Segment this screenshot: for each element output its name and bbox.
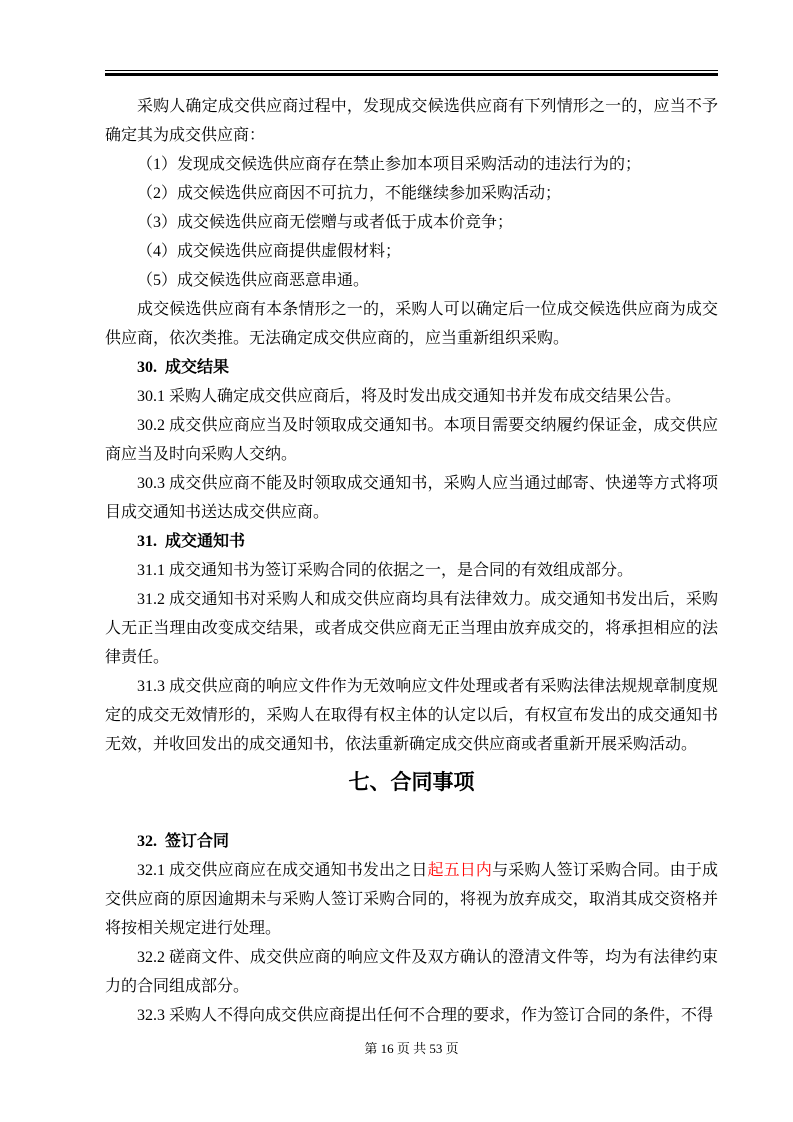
paragraph-30-1: 30.1 采购人确定成交供应商后，将及时发出成交通知书并发布成交结果公告。	[105, 382, 718, 411]
paragraph-32-3: 32.3 采购人不得向成交供应商提出任何不合理的要求，作为签订合同的条件，不得	[105, 1001, 718, 1030]
list-item-5: （5）成交候选供应商恶意串通。	[105, 266, 718, 295]
paragraph-31-2: 31.2 成交通知书对采购人和成交供应商均具有法律效力。成交通知书发出后，采购人…	[105, 585, 718, 672]
list-item-3: （3）成交候选供应商无偿赠与或者低于成本价竞争；	[105, 208, 718, 237]
paragraph-32-2: 32.2 磋商文件、成交供应商的响应文件及双方确认的澄清文件等，均为有法律约束力…	[105, 943, 718, 1001]
paragraph-31-1: 31.1 成交通知书为签订采购合同的依据之一，是合同的有效组成部分。	[105, 556, 718, 585]
list-item-1: （1）发现成交候选供应商存在禁止参加本项目采购活动的违法行为的；	[105, 150, 718, 179]
highlighted-deadline-text: 起五日内	[427, 862, 492, 879]
document-page: 采购人确定成交供应商过程中，发现成交候选供应商有下列情形之一的，应当不予确定其为…	[0, 0, 793, 1122]
paragraph-intro-2: 成交候选供应商有本条情形之一的，采购人可以确定后一位成交候选供应商为成交供应商，…	[105, 295, 718, 353]
paragraph-32-1: 32.1 成交供应商应在成交通知书发出之日起五日内与采购人签订采购合同。由于成交…	[105, 856, 718, 943]
text-run: 32.1 成交供应商应在成交通知书发出之日	[137, 862, 427, 879]
document-content: 采购人确定成交供应商过程中，发现成交候选供应商有下列情形之一的，应当不予确定其为…	[105, 92, 718, 1030]
paragraph-30-2: 30.2 成交供应商应当及时领取成交通知书。本项目需要交纳履约保证金，成交供应商…	[105, 411, 718, 469]
paragraph-intro: 采购人确定成交供应商过程中，发现成交候选供应商有下列情形之一的，应当不予确定其为…	[105, 92, 718, 150]
section-heading-31: 31. 成交通知书	[105, 527, 718, 556]
list-item-4: （4）成交候选供应商提供虚假材料；	[105, 237, 718, 266]
paragraph-30-3: 30.3 成交供应商不能及时领取成交通知书，采购人应当通过邮寄、快递等方式将项目…	[105, 469, 718, 527]
chapter-title: 七、合同事项	[105, 767, 718, 797]
paragraph-31-3: 31.3 成交供应商的响应文件作为无效响应文件处理或者有采购法律法规规章制度规定…	[105, 672, 718, 759]
section-heading-30: 30. 成交结果	[105, 353, 718, 382]
header-rule	[105, 70, 718, 76]
list-item-2: （2）成交候选供应商因不可抗力，不能继续参加采购活动；	[105, 179, 718, 208]
section-heading-32: 32. 签订合同	[105, 827, 718, 856]
footer-page-number: 第 16 页 共 53 页	[105, 1040, 718, 1057]
